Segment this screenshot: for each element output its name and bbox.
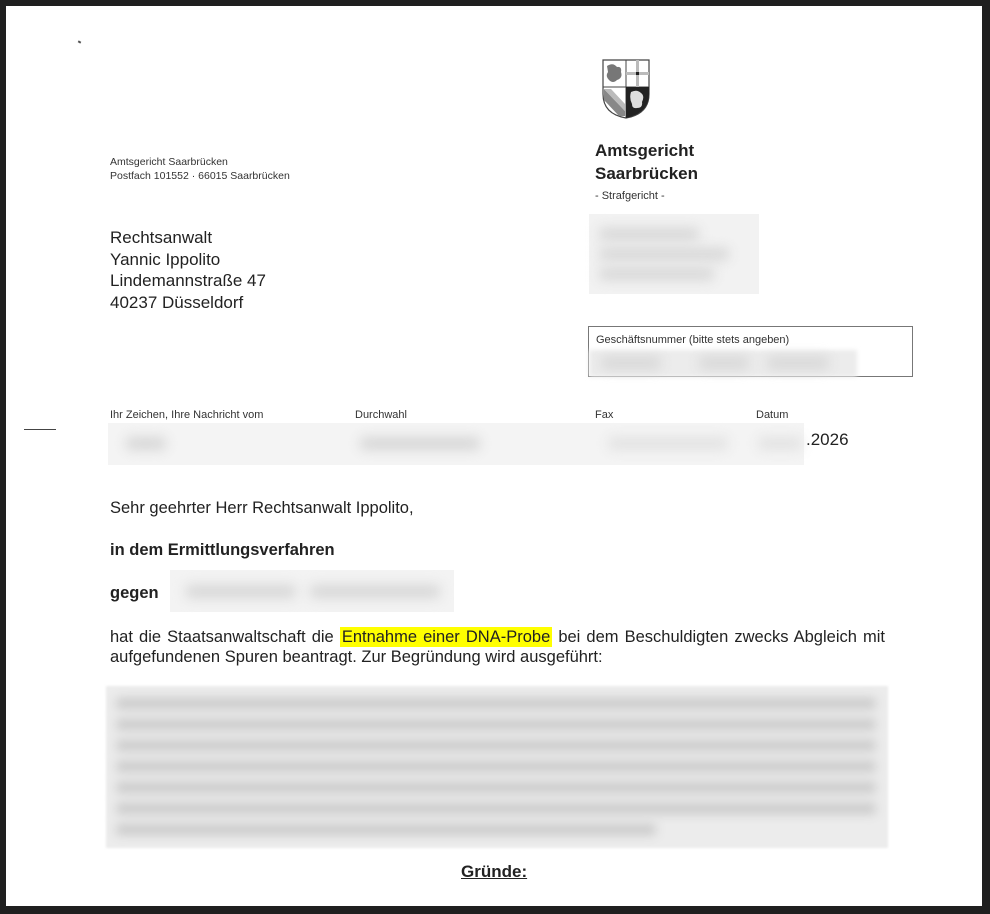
body-text-before: hat die Staatsanwaltschaft die (110, 628, 340, 646)
redaction (186, 585, 296, 598)
fold-mark (24, 429, 56, 430)
court-division: - Strafgericht - (595, 190, 665, 202)
redaction (601, 357, 661, 369)
sender-line-2: Postfach 101552 · 66015 Saarbrücken (110, 169, 290, 183)
sender-address: Amtsgericht Saarbrücken Postfach 101552 … (110, 155, 290, 183)
court-name-line1: Amtsgericht (595, 139, 698, 162)
redacted-paragraph (106, 686, 888, 848)
defendant-name-redacted (170, 570, 454, 612)
extension-label: Durchwahl (355, 409, 407, 421)
redaction (116, 803, 876, 814)
redaction (116, 782, 876, 793)
fax-label: Fax (595, 409, 613, 421)
date-redacted (758, 437, 802, 450)
redaction (599, 248, 729, 260)
case-number-label: Geschäftsnummer (bitte stets angeben) (596, 334, 789, 346)
reasons-heading: Gründe: (461, 862, 527, 882)
redaction (599, 268, 714, 280)
redaction (767, 357, 829, 369)
recipient-street: Lindemannstraße 47 (110, 270, 266, 292)
court-name: Amtsgericht Saarbrücken (595, 139, 698, 185)
sender-line-1: Amtsgericht Saarbrücken (110, 155, 290, 169)
body-paragraph: hat die Staatsanwaltschaft die Entnahme … (110, 627, 885, 667)
highlighted-text: Entnahme einer DNA-Probe (340, 627, 552, 647)
recipient-name: Yannic Ippolito (110, 249, 266, 271)
date-label: Datum (756, 409, 788, 421)
redaction (116, 719, 876, 730)
fax-redacted (608, 437, 728, 450)
court-name-line2: Saarbrücken (595, 162, 698, 185)
court-contact-redacted (589, 214, 759, 294)
redaction (599, 228, 699, 240)
your-reference-label: Ihr Zeichen, Ihre Nachricht vom (110, 409, 263, 421)
redaction (116, 824, 656, 835)
redaction (116, 740, 876, 751)
redaction (310, 585, 440, 598)
recipient-address: Rechtsanwalt Yannic Ippolito Lindemannst… (110, 227, 266, 313)
scan-artifact (78, 40, 82, 43)
recipient-city: 40237 Düsseldorf (110, 292, 266, 314)
redaction (699, 357, 749, 369)
redaction (116, 761, 876, 772)
saarland-coat-of-arms-icon (601, 58, 651, 120)
procedure-heading: in dem Ermittlungsverfahren (110, 541, 335, 560)
meta-values-redacted (108, 423, 804, 465)
recipient-title: Rechtsanwalt (110, 227, 266, 249)
against-label: gegen (110, 584, 159, 603)
case-number-box: Geschäftsnummer (bitte stets angeben) (588, 326, 913, 377)
extension-redacted (360, 437, 480, 450)
your-reference-redacted (126, 437, 166, 450)
letter-page: Amtsgericht Saarbrücken - Strafgericht -… (6, 6, 982, 906)
salutation: Sehr geehrter Herr Rechtsanwalt Ippolito… (110, 499, 414, 518)
date-year: .2026 (806, 430, 849, 450)
redaction (116, 698, 876, 709)
